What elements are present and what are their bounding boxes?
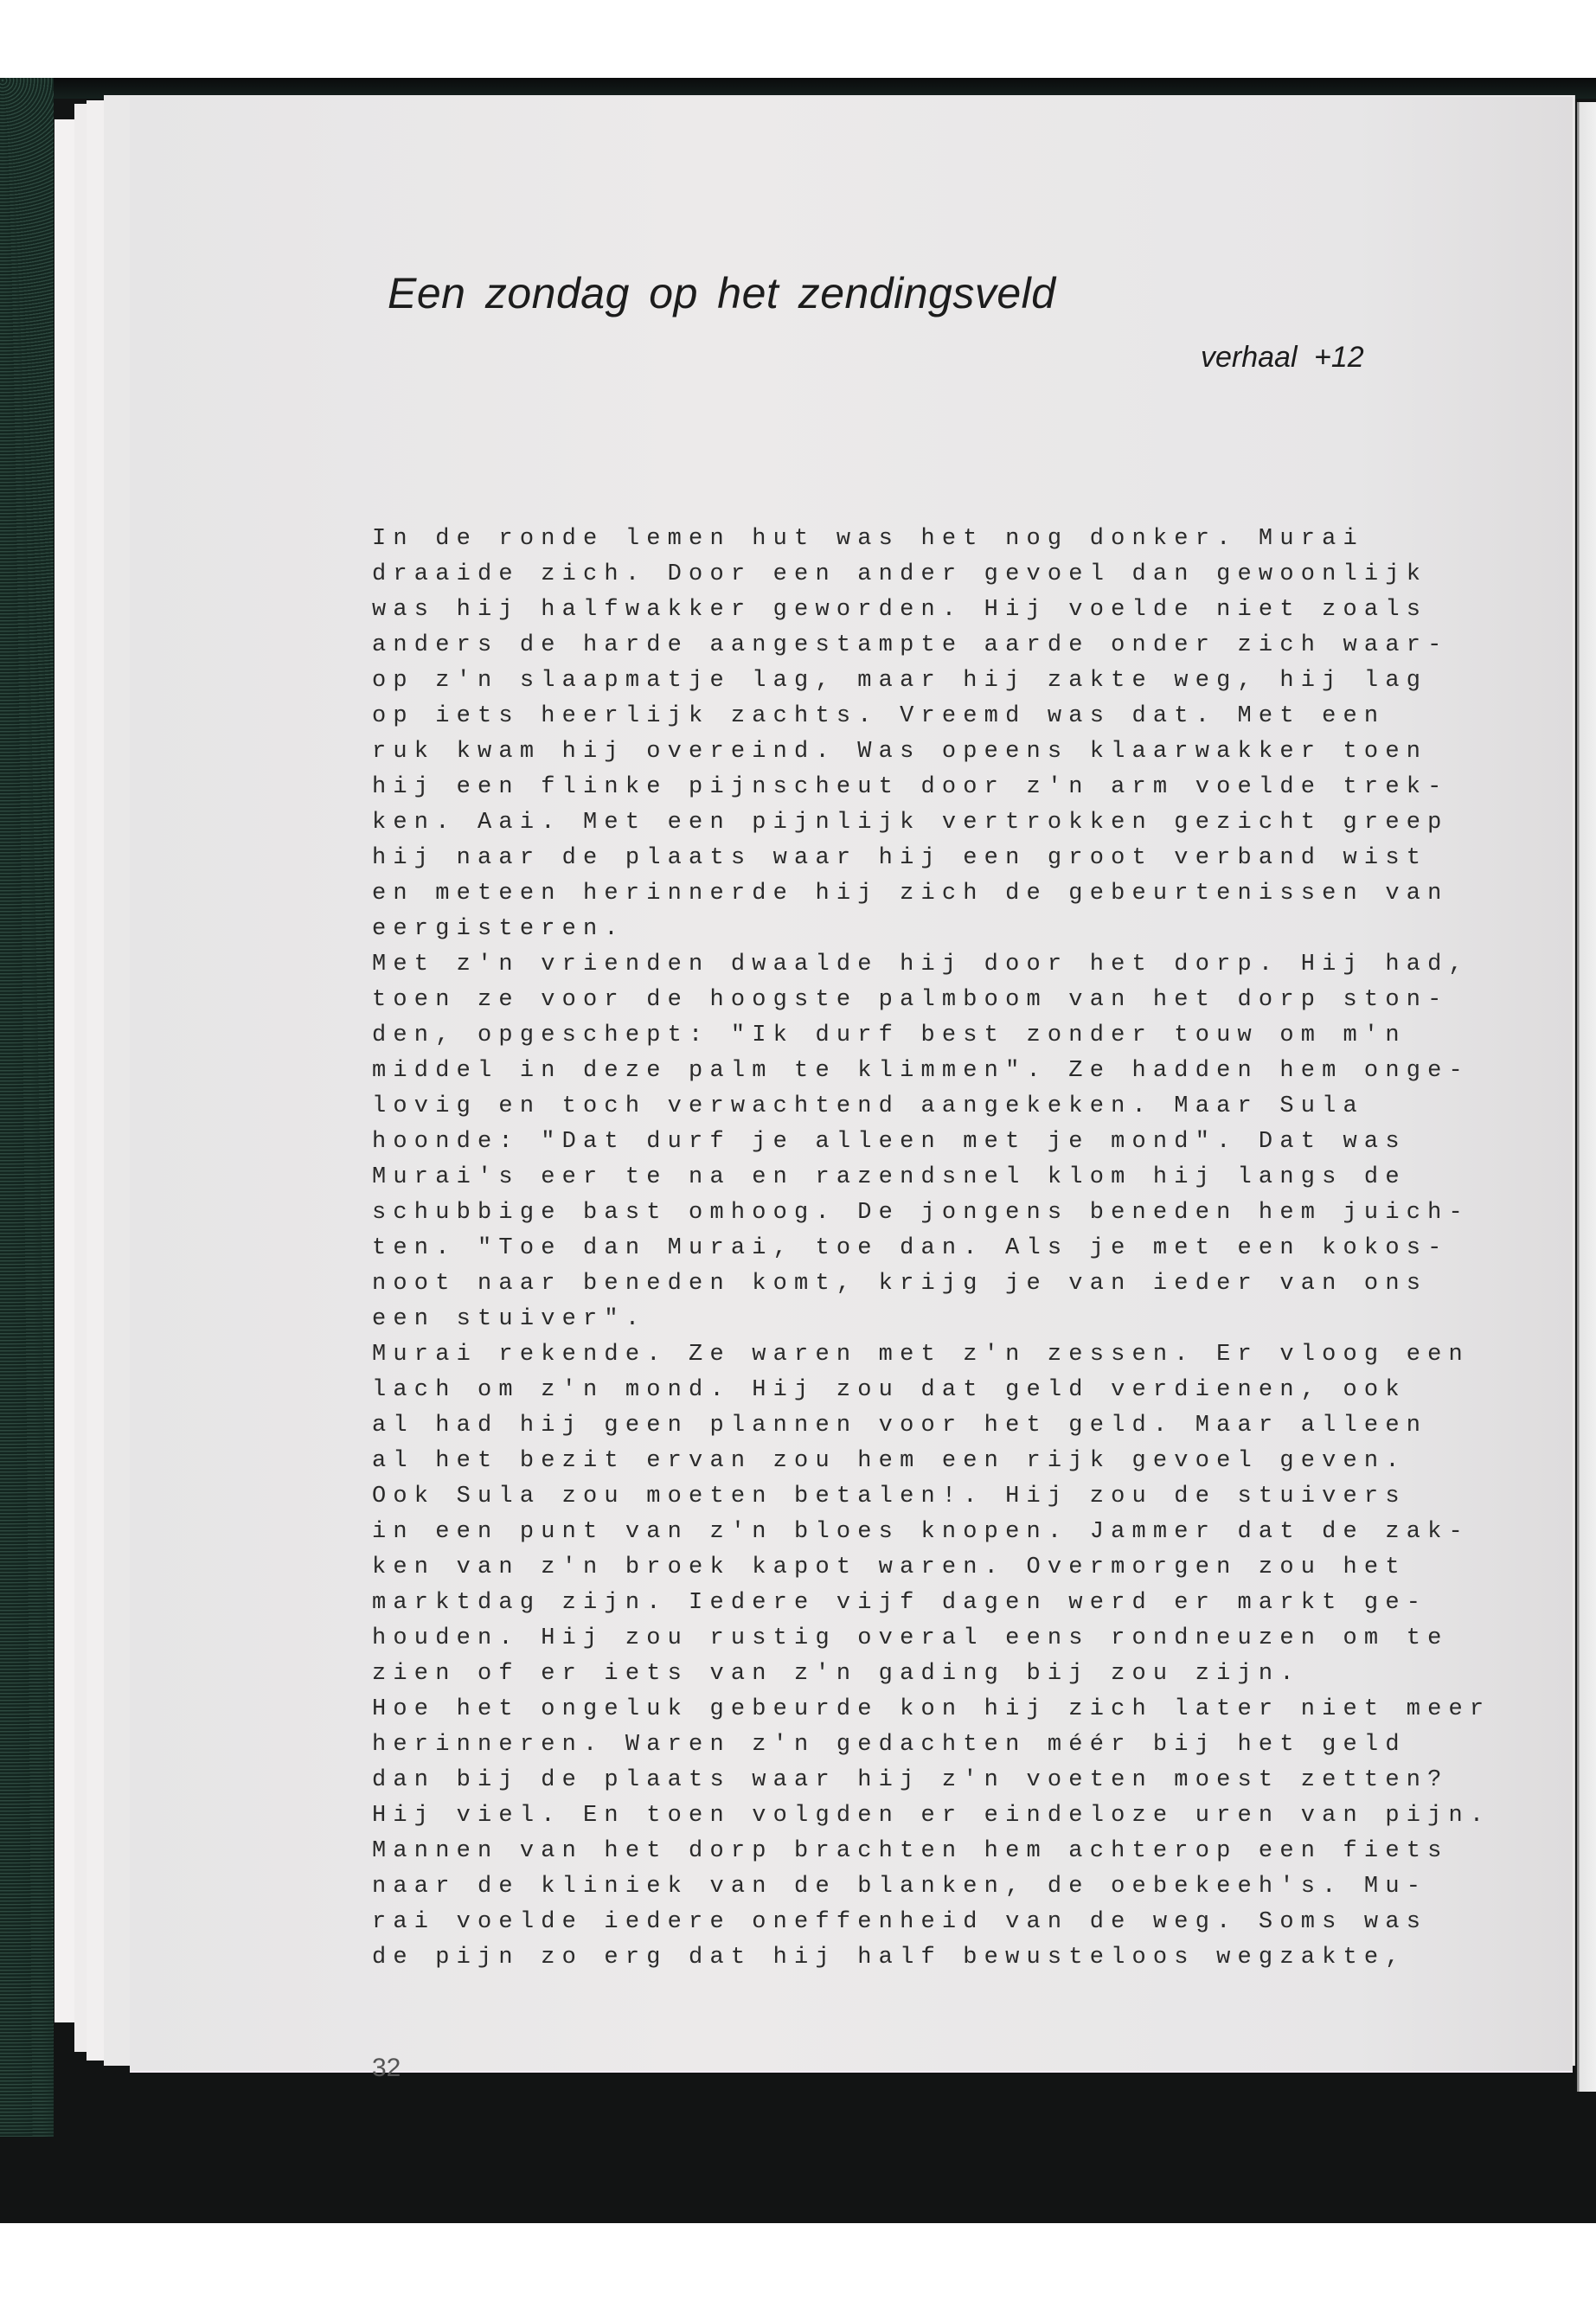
body-line: lach om z'n mond. Hij zou dat geld verdi… — [372, 1373, 1490, 1408]
body-line: Mannen van het dorp brachten hem achtero… — [372, 1834, 1490, 1869]
body-line: een stuiver". — [372, 1302, 1490, 1337]
body-line: Murai rekende. Ze waren met z'n zessen. … — [372, 1337, 1490, 1373]
body-line: al had hij geen plannen voor het geld. M… — [372, 1408, 1490, 1444]
body-line: al het bezit ervan zou hem een rijk gevo… — [372, 1444, 1490, 1479]
body-line: toen ze voor de hoogste palmboom van het… — [372, 983, 1490, 1018]
body-line: noot naar beneden komt, krijg je van ied… — [372, 1266, 1490, 1302]
story-title: Een zondag op het zendingsveld — [388, 268, 1056, 318]
body-line: Murai's eer te na en razendsnel klom hij… — [372, 1160, 1490, 1195]
body-line: hij een flinke pijnscheut door z'n arm v… — [372, 770, 1490, 805]
body-line: middel in deze palm te klimmen". Ze hadd… — [372, 1054, 1490, 1089]
body-line: zien of er iets van z'n gading bij zou z… — [372, 1657, 1490, 1692]
body-line: herinneren. Waren z'n gedachten méér bij… — [372, 1727, 1490, 1763]
body-line: was hij halfwakker geworden. Hij voelde … — [372, 593, 1490, 628]
body-line: en meteen herinnerde hij zich de gebeurt… — [372, 876, 1490, 912]
body-line: naar de kliniek van de blanken, de oebek… — [372, 1869, 1490, 1905]
body-line: hoonde: "Dat durf je alleen met je mond"… — [372, 1125, 1490, 1160]
body-line: anders de harde aangestampte aarde onder… — [372, 628, 1490, 663]
body-line: ken. Aai. Met een pijnlijk vertrokken ge… — [372, 805, 1490, 841]
body-line: ruk kwam hij overeind. Was opeens klaarw… — [372, 734, 1490, 770]
body-line: dan bij de plaats waar hij z'n voeten mo… — [372, 1763, 1490, 1798]
page-number: 32 — [372, 2054, 401, 2083]
body-line: eergisteren. — [372, 912, 1490, 947]
body-line: lovig en toch verwachtend aangekeken. Ma… — [372, 1089, 1490, 1125]
story-body: In de ronde lemen hut was het nog donker… — [372, 522, 1490, 1976]
body-line: Hoe het ongeluk gebeurde kon hij zich la… — [372, 1692, 1490, 1727]
body-line: de pijn zo erg dat hij half bewusteloos … — [372, 1940, 1490, 1976]
body-line: Met z'n vrienden dwaalde hij door het do… — [372, 947, 1490, 983]
body-line: ten. "Toe dan Murai, toe dan. Als je met… — [372, 1231, 1490, 1266]
body-line: hij naar de plaats waar hij een groot ve… — [372, 841, 1490, 876]
body-line: houden. Hij zou rustig overal eens rondn… — [372, 1621, 1490, 1657]
body-line: marktdag zijn. Iedere vijf dagen werd er… — [372, 1586, 1490, 1621]
body-line: den, opgeschept: "Ik durf best zonder to… — [372, 1018, 1490, 1054]
body-line: draaide zich. Door een ander gevoel dan … — [372, 557, 1490, 593]
body-line: rai voelde iedere oneffenheid van de weg… — [372, 1905, 1490, 1940]
body-line: in een punt van z'n bloes knopen. Jammer… — [372, 1515, 1490, 1550]
book-cover-cloth — [0, 78, 54, 2137]
body-line: op iets heerlijk zachts. Vreemd was dat.… — [372, 699, 1490, 734]
story-subtitle: verhaal +12 — [1201, 341, 1364, 375]
body-line: schubbige bast omhoog. De jongens benede… — [372, 1195, 1490, 1231]
facing-page-edge — [1577, 102, 1596, 2092]
body-line: ken van z'n broek kapot waren. Overmorge… — [372, 1550, 1490, 1586]
body-line: Hij viel. En toen volgden er eindeloze u… — [372, 1798, 1490, 1834]
body-line: op z'n slaapmatje lag, maar hij zakte we… — [372, 663, 1490, 699]
body-line: Ook Sula zou moeten betalen!. Hij zou de… — [372, 1479, 1490, 1515]
body-line: In de ronde lemen hut was het nog donker… — [372, 522, 1490, 557]
